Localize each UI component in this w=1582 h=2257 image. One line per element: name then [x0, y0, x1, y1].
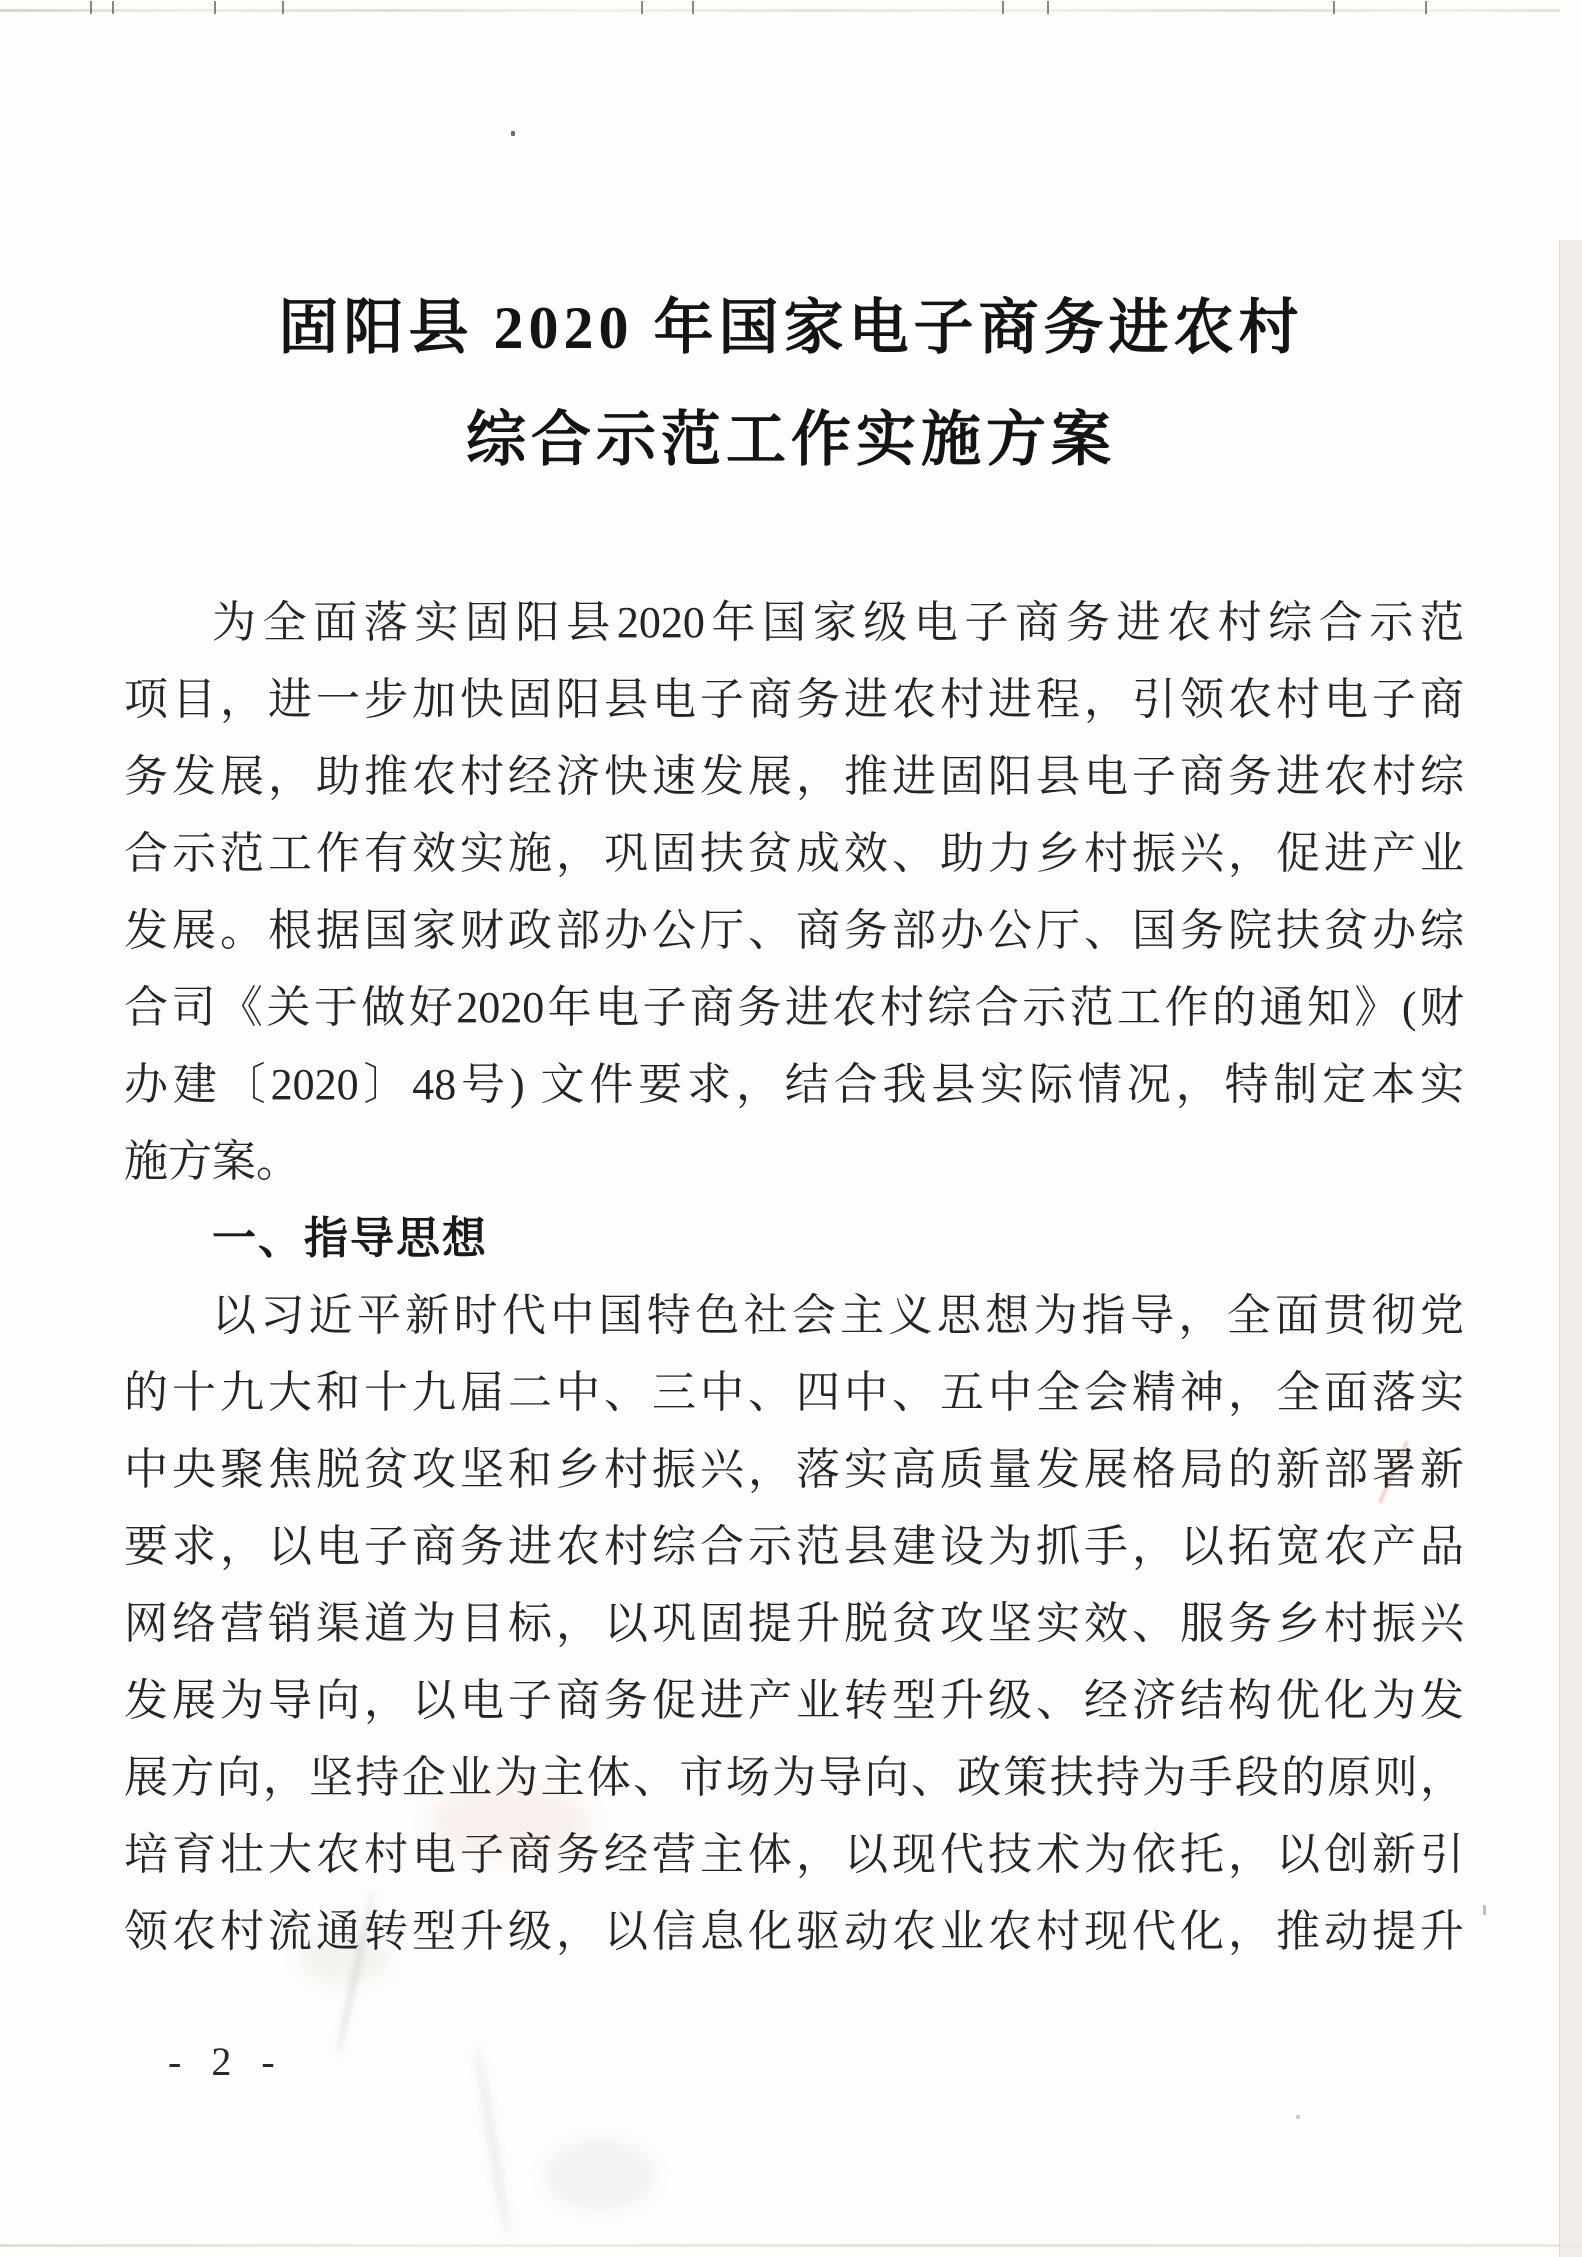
scan-artifact-tick: [1002, 1, 1004, 14]
para1-line-1: 为全面落实固阳县2020年国家级电子商务进农村综合示范: [124, 584, 1464, 661]
scan-artifact-top-edge: [0, 9, 1560, 12]
document-body: 为全面落实固阳县2020年国家级电子商务进农村综合示范 项目，进一步加快固阳县电…: [124, 584, 1464, 1970]
scan-artifact-speck: [1483, 1905, 1486, 1915]
para2-line-3: 中央聚焦脱贫攻坚和乡村振兴，落实高质量发展格局的新部署新: [124, 1431, 1464, 1508]
para2-line-5: 网络营销渠道为目标，以巩固提升脱贫攻坚实效、服务乡村振兴: [124, 1585, 1464, 1662]
document-title: 固阳县 2020 年国家电子商务进农村 综合示范工作实施方案: [0, 272, 1582, 496]
para1-line-5: 发展。根据国家财政部办公厅、商务部办公厅、国务院扶贫办综: [124, 892, 1464, 969]
scan-artifact-tick: [214, 1, 216, 14]
scan-artifact-tick: [1425, 1, 1427, 14]
para2-line-7: 展方向，坚持企业为主体、市场为导向、政策扶持为手段的原则，: [124, 1739, 1464, 1816]
para2-line-1: 以习近平新时代中国特色社会主义思想为指导，全面贯彻党: [124, 1277, 1464, 1354]
para2-line-9: 领农村流通转型升级，以信息化驱动农业农村现代化，推动提升: [124, 1893, 1464, 1970]
scan-artifact-tick: [1333, 1, 1335, 14]
scan-artifact-tick: [692, 1, 694, 14]
para1-line-2: 项目，进一步加快固阳县电子商务进农村进程，引领农村电子商: [124, 661, 1464, 738]
para2-line-2: 的十九大和十九届二中、三中、四中、五中全会精神，全面落实: [124, 1354, 1464, 1431]
para2-line-8: 培育壮大农村电子商务经营主体，以现代技术为依托，以创新引: [124, 1816, 1464, 1893]
scan-artifact-speck: [511, 131, 515, 136]
para2-line-4: 要求，以电子商务进农村综合示范县建设为抓手，以拓宽农产品: [124, 1508, 1464, 1585]
page-number: - 2 -: [168, 2038, 285, 2085]
scanned-document-page: 固阳县 2020 年国家电子商务进农村 综合示范工作实施方案 为全面落实固阳县2…: [0, 0, 1582, 2257]
para1-line-7: 办建〔2020〕48号) 文件要求，结合我县实际情况，特制定本实: [124, 1046, 1464, 1123]
scan-artifact-tick: [641, 1, 643, 14]
scan-artifact-tick: [112, 1, 114, 14]
scan-artifact-tick: [1047, 1, 1049, 14]
scan-artifact-right-paper-edge: [1559, 240, 1582, 2257]
para1-line-6: 合司《关于做好2020年电子商务进农村综合示范工作的通知》(财: [124, 969, 1464, 1046]
section-heading-guiding-ideology: 一、指导思想: [124, 1200, 1464, 1277]
scan-artifact-gray-smudge: [545, 2140, 655, 2210]
para1-line-3: 务发展，助推农村经济快速发展，推进固阳县电子商务进农村综: [124, 738, 1464, 815]
para2-line-6: 发展为导向，以电子商务促进产业转型升级、经济结构优化为发: [124, 1662, 1464, 1739]
document-title-line-1: 固阳县 2020 年国家电子商务进农村: [0, 272, 1582, 384]
para1-line-4: 合示范工作有效实施，巩固扶贫成效、助力乡村振兴，促进产业: [124, 815, 1464, 892]
para1-line-8: 施方案。: [124, 1123, 1464, 1200]
scan-artifact-tick: [90, 1, 92, 14]
scan-artifact-gray-streak: [473, 2045, 512, 2239]
scan-artifact-speck: [1296, 2115, 1300, 2119]
document-title-line-2: 综合示范工作实施方案: [0, 384, 1582, 496]
scan-artifact-tick: [282, 1, 284, 14]
scan-artifact-bottom-edge: [0, 2244, 1582, 2247]
